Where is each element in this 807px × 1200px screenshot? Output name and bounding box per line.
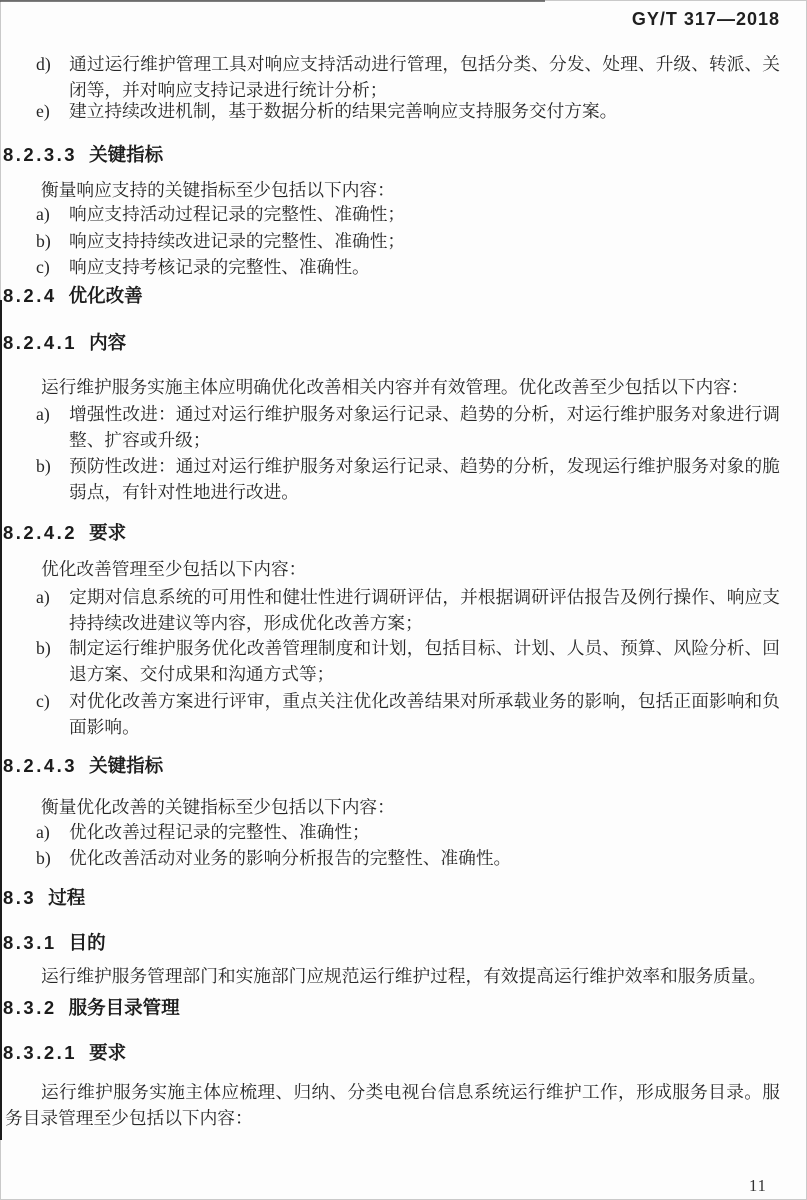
section-heading-8243: 8.2.4.3关键指标 — [3, 755, 163, 777]
heading-title: 要求 — [89, 1042, 126, 1063]
list-marker: e) — [36, 98, 69, 124]
list-text: 响应支持活动过程记录的完整性、准确性； — [69, 204, 405, 224]
list-marker: a) — [36, 401, 69, 427]
scan-edge-top — [0, 0, 545, 2]
list-marker: c) — [36, 688, 69, 714]
list-marker: a) — [36, 819, 69, 845]
list-item-a: a)响应支持活动过程记录的完整性、准确性； — [36, 201, 780, 227]
heading-number: 8.3.1 — [3, 932, 57, 953]
list-marker: b) — [36, 453, 69, 479]
heading-number: 8.2.4.3 — [3, 755, 77, 776]
list-item-d: d)通过运行维护管理工具对响应支持活动进行管理，包括分类、分发、处理、升级、转派… — [36, 51, 780, 103]
section-heading-8321: 8.3.2.1要求 — [3, 1042, 126, 1064]
section-heading-8242: 8.2.4.2要求 — [3, 522, 126, 544]
list-item-c: c)响应支持考核记录的完整性、准确性。 — [36, 254, 780, 280]
list-item-b: b)优化改善活动对业务的影响分析报告的完整性、准确性。 — [36, 845, 780, 871]
page-number: 11 — [749, 1176, 767, 1196]
list-item-e: e)建立持续改进机制，基于数据分析的结果完善响应支持服务交付方案。 — [36, 98, 780, 124]
list-marker: c) — [36, 254, 69, 280]
section-heading-8241: 8.2.4.1内容 — [3, 332, 126, 354]
heading-title: 目的 — [69, 932, 106, 953]
list-text: 预防性改进：通过对运行维护服务对象运行记录、趋势的分析，发现运行维护服务对象的脆… — [69, 456, 780, 502]
list-text: 响应支持持续改进记录的完整性、准确性； — [69, 231, 405, 251]
heading-title: 服务目录管理 — [69, 997, 180, 1018]
heading-number: 8.2.4 — [3, 285, 57, 306]
heading-title: 内容 — [89, 332, 126, 353]
heading-title: 优化改善 — [69, 285, 143, 306]
heading-number: 8.3 — [3, 887, 36, 908]
list-text: 优化改善过程记录的完整性、准确性； — [69, 822, 370, 842]
list-item-c: c)对优化改善方案进行评审，重点关注优化改善结果对所承载业务的影响，包括正面影响… — [36, 688, 780, 740]
heading-number: 8.2.3.3 — [3, 144, 77, 165]
paragraph-831: 运行维护服务管理部门和实施部门应规范运行维护过程，有效提高运行维护效率和服务质量… — [5, 963, 780, 989]
section-heading-831: 8.3.1目的 — [3, 932, 106, 954]
list-text: 增强性改进：通过对运行维护服务对象运行记录、趋势的分析，对运行维护服务对象进行调… — [69, 404, 780, 450]
list-marker: a) — [36, 584, 69, 610]
list-item-a: a)增强性改进：通过对运行维护服务对象运行记录、趋势的分析，对运行维护服务对象进… — [36, 401, 780, 453]
section-heading-832: 8.3.2服务目录管理 — [3, 997, 180, 1019]
list-item-b: b)响应支持持续改进记录的完整性、准确性； — [36, 228, 780, 254]
heading-title: 关键指标 — [89, 144, 163, 165]
section-heading-8233: 8.2.3.3关键指标 — [3, 144, 163, 166]
list-marker: b) — [36, 845, 69, 871]
list-item-a: a)优化改善过程记录的完整性、准确性； — [36, 819, 780, 845]
list-marker: b) — [36, 228, 69, 254]
list-marker: d) — [36, 51, 69, 77]
paragraph-intro-8241: 运行维护服务实施主体应明确优化改善相关内容并有效管理。优化改善至少包括以下内容： — [5, 374, 780, 400]
list-text: 通过运行维护管理工具对响应支持活动进行管理，包括分类、分发、处理、升级、转派、关… — [69, 54, 780, 100]
section-heading-824: 8.2.4优化改善 — [3, 285, 143, 307]
heading-title: 关键指标 — [89, 755, 163, 776]
scan-edge-left — [0, 300, 2, 1140]
heading-number: 8.3.2 — [3, 997, 57, 1018]
list-text: 响应支持考核记录的完整性、准确性。 — [69, 257, 370, 277]
list-text: 优化改善活动对业务的影响分析报告的完整性、准确性。 — [69, 848, 511, 868]
list-item-b: b)制定运行维护服务优化改善管理制度和计划，包括目标、计划、人员、预算、风险分析… — [36, 635, 780, 687]
list-marker: b) — [36, 635, 69, 661]
paragraph-intro-8233: 衡量响应支持的关键指标至少包括以下内容： — [5, 177, 780, 203]
heading-number: 8.2.4.1 — [3, 332, 77, 353]
paragraph-8321: 运行维护服务实施主体应梳理、归纳、分类电视台信息系统运行维护工作，形成服务目录。… — [5, 1079, 780, 1131]
heading-number: 8.2.4.2 — [3, 522, 77, 543]
list-text: 建立持续改进机制，基于数据分析的结果完善响应支持服务交付方案。 — [69, 101, 617, 121]
list-text: 定期对信息系统的可用性和健壮性进行调研评估，并根据调研评估报告及例行操作、响应支… — [69, 587, 780, 633]
list-text: 对优化改善方案进行评审，重点关注优化改善结果对所承载业务的影响，包括正面影响和负… — [69, 691, 780, 737]
heading-number: 8.3.2.1 — [3, 1042, 77, 1063]
list-item-b: b)预防性改进：通过对运行维护服务对象运行记录、趋势的分析，发现运行维护服务对象… — [36, 453, 780, 505]
standard-number: GY/T 317—2018 — [632, 9, 780, 30]
list-item-a: a)定期对信息系统的可用性和健壮性进行调研评估，并根据调研评估报告及例行操作、响… — [36, 584, 780, 636]
section-heading-83: 8.3过程 — [3, 887, 85, 909]
heading-title: 要求 — [89, 522, 126, 543]
list-marker: a) — [36, 201, 69, 227]
paragraph-intro-8243: 衡量优化改善的关键指标至少包括以下内容： — [5, 794, 780, 820]
paragraph-intro-8242: 优化改善管理至少包括以下内容： — [5, 556, 780, 582]
list-text: 制定运行维护服务优化改善管理制度和计划，包括目标、计划、人员、预算、风险分析、回… — [69, 638, 780, 684]
heading-title: 过程 — [48, 887, 85, 908]
